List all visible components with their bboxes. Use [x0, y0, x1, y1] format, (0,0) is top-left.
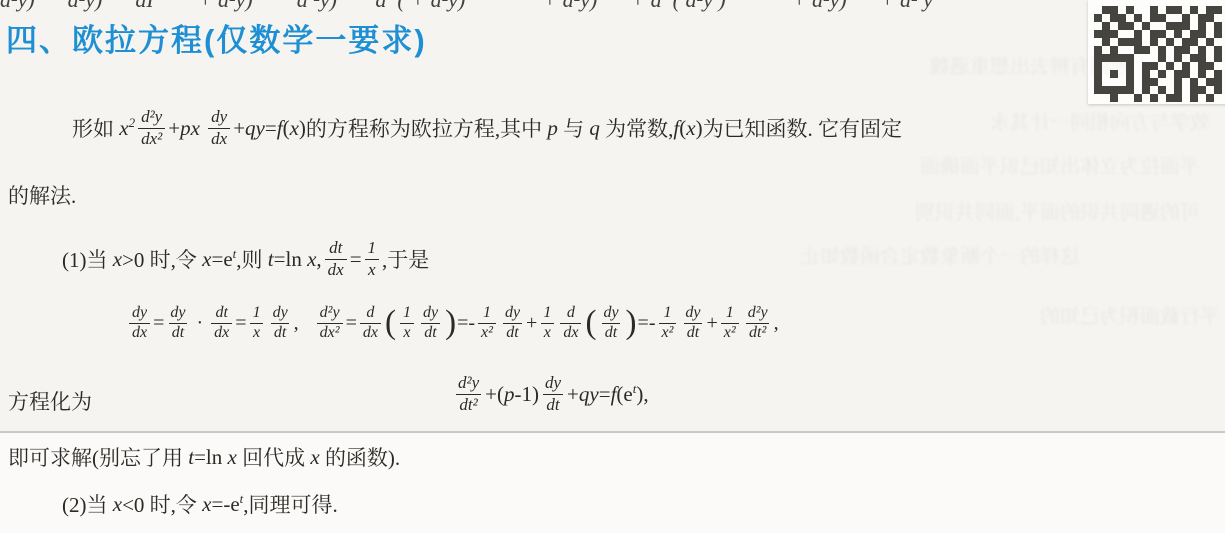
qr-module [1182, 30, 1190, 38]
fraction: dydt [542, 373, 564, 414]
fraction: d²ydx² [138, 107, 165, 148]
math-text: >0 时,令 [122, 244, 202, 274]
fraction: d²ydt² [745, 304, 771, 343]
qr-module [1166, 6, 1174, 14]
qr-module [1206, 14, 1214, 22]
qr-module [1142, 46, 1150, 54]
math-text: = [599, 382, 611, 407]
reduce-label: 方程化为 [8, 386, 92, 416]
math-text: = [153, 312, 164, 335]
qr-module [1118, 70, 1126, 78]
qr-module [1150, 6, 1158, 14]
qr-module [1142, 54, 1150, 62]
qr-module [1110, 54, 1118, 62]
qr-module [1142, 14, 1150, 22]
qr-module [1110, 14, 1118, 22]
qr-module [1206, 46, 1214, 54]
fraction: dydx [129, 304, 150, 343]
denominator: dt² [746, 323, 769, 343]
fraction: dydx [208, 107, 230, 148]
qr-module [1214, 22, 1222, 30]
qr-module [1206, 78, 1214, 86]
numerator: 1 [480, 304, 494, 323]
denominator: dx [325, 259, 347, 280]
qr-module [1190, 54, 1198, 62]
qr-module [1214, 30, 1222, 38]
numerator: 1 [365, 238, 380, 258]
qr-module [1118, 62, 1126, 70]
solve-note-line: 即可求解(别忘了用 t=ln x 回代成 x 的函数). [8, 438, 400, 476]
math-text: x [202, 492, 211, 517]
bleed-through-text: 效学与方向相同一计其永 [930, 106, 1210, 135]
reduced-equation: d²ydt²+(p-1)dydt+qy=f(et), [452, 362, 649, 426]
math-text: px [180, 116, 205, 141]
qr-module [1182, 46, 1190, 54]
denominator: x² [659, 323, 677, 343]
qr-module [1142, 62, 1150, 70]
math-text: = [265, 116, 277, 141]
math-text: =ln [274, 247, 307, 272]
qr-module [1118, 78, 1126, 86]
qr-module [1110, 22, 1118, 30]
qr-module [1174, 38, 1182, 46]
qr-code [1088, 0, 1225, 104]
qr-module [1102, 62, 1110, 70]
qr-module [1150, 86, 1158, 94]
denominator: dt [503, 323, 521, 343]
qr-module [1126, 94, 1134, 102]
math-text: 为常数, [600, 113, 674, 143]
qr-row [1094, 78, 1225, 86]
numerator: dy [600, 304, 621, 323]
math-text: ) [696, 116, 703, 141]
qr-module [1190, 38, 1198, 46]
qr-row [1094, 62, 1225, 70]
math-text: + [526, 312, 537, 335]
math-text: x [307, 247, 316, 272]
qr-module [1110, 78, 1118, 86]
numerator: dy [129, 304, 150, 323]
qr-row [1094, 70, 1225, 78]
qr-module [1190, 86, 1198, 94]
denominator: dx [560, 323, 581, 343]
qr-module [1110, 6, 1118, 14]
denominator: dx² [138, 128, 165, 149]
qr-module [1126, 30, 1134, 38]
numerator: 1 [660, 304, 674, 323]
qr-module [1174, 94, 1182, 102]
math-text: (1)当 [62, 244, 113, 274]
step2-line: (2)当 x<0 时,令 x=-et,同理可得. [62, 484, 338, 524]
numerator: dy [682, 304, 703, 323]
big-parenthesis: ) [445, 304, 456, 342]
fraction: ddx [360, 304, 381, 343]
qr-module [1198, 6, 1206, 14]
qr-module [1094, 6, 1102, 14]
qr-module [1190, 94, 1198, 102]
qr-module [1182, 94, 1190, 102]
denominator: dt [169, 323, 187, 343]
qr-module [1174, 22, 1182, 30]
math-text: ) [299, 116, 306, 141]
qr-module [1134, 22, 1142, 30]
math-text: + [168, 116, 180, 141]
qr-module [1110, 70, 1118, 78]
qr-module [1166, 22, 1174, 30]
numerator: dy [270, 304, 291, 323]
power-term: et [623, 382, 636, 407]
qr-module [1134, 46, 1142, 54]
math-text: =- [212, 492, 231, 517]
fraction: dydt [270, 304, 291, 343]
math-text: + [707, 312, 718, 335]
qr-module [1198, 54, 1206, 62]
exponent: 2 [129, 115, 136, 130]
numerator: d²y [138, 107, 165, 127]
qr-module [1102, 86, 1110, 94]
math-text: 与 [558, 113, 590, 143]
qr-module [1214, 62, 1222, 70]
qr-module [1118, 14, 1126, 22]
qr-row [1094, 54, 1225, 62]
qr-module [1094, 38, 1102, 46]
math-text: 回代成 [237, 442, 311, 472]
qr-module [1190, 30, 1198, 38]
qr-module [1134, 30, 1142, 38]
qr-row [1094, 86, 1225, 94]
bleed-through-text: 可的遇同共识的面平,面同共识别 [690, 196, 1200, 225]
qr-module [1158, 30, 1166, 38]
qr-module [1182, 78, 1190, 86]
denominator: dt [421, 323, 439, 343]
math-text: (2)当 [62, 489, 113, 519]
fraction: 1x² [721, 304, 739, 343]
qr-module [1214, 54, 1222, 62]
step1-line: (1)当 x>0 时,令 x=et,则 t=ln x,dtdx=1x,于是 [62, 228, 429, 290]
math-text: -1) [515, 382, 540, 407]
qr-module [1118, 86, 1126, 94]
qr-module [1174, 14, 1182, 22]
qr-module [1166, 78, 1174, 86]
qr-module [1126, 70, 1134, 78]
math-text: , [774, 312, 779, 335]
qr-module [1166, 38, 1174, 46]
qr-module [1134, 70, 1142, 78]
math-text: ( [616, 382, 623, 407]
denominator: dt [543, 394, 562, 415]
denominator: x [365, 259, 379, 280]
numerator: d²y [455, 373, 482, 393]
math-text: <0 时,令 [122, 489, 202, 519]
qr-module [1134, 62, 1142, 70]
qr-module [1102, 30, 1110, 38]
qr-module [1214, 14, 1222, 22]
qr-module [1142, 86, 1150, 94]
qr-module [1158, 14, 1166, 22]
qr-module [1102, 70, 1110, 78]
qr-module [1158, 46, 1166, 54]
qr-module [1094, 22, 1102, 30]
math-text: +( [485, 382, 504, 407]
denominator: dt [271, 323, 289, 343]
qr-module [1166, 46, 1174, 54]
qr-module [1126, 86, 1134, 94]
qr-module [1206, 22, 1214, 30]
qr-module [1142, 94, 1150, 102]
qr-module [1102, 6, 1110, 14]
denominator: dx [129, 323, 150, 343]
numerator: d [363, 304, 377, 323]
math-text: =ln [194, 445, 227, 470]
math-text: = [350, 247, 362, 272]
qr-module [1134, 14, 1142, 22]
qr-module [1190, 62, 1198, 70]
qr-module [1094, 62, 1102, 70]
qr-module [1206, 6, 1214, 14]
math-text: 形如 [72, 113, 119, 143]
qr-module [1110, 46, 1118, 54]
denominator: x [541, 323, 554, 343]
numerator: dt [326, 238, 345, 258]
qr-module [1150, 30, 1158, 38]
math-text: x [113, 247, 122, 272]
qr-module [1126, 62, 1134, 70]
section-title: 四、欧拉方程(仅数学一要求) [6, 15, 427, 60]
qr-module [1190, 70, 1198, 78]
fraction: dydt [167, 304, 188, 343]
qr-module [1206, 70, 1214, 78]
math-text: x [686, 116, 695, 141]
qr-module [1182, 22, 1190, 30]
qr-module [1094, 86, 1102, 94]
derivation-formula: dydx=dydt · dtdx=1xdydt, d²ydx²=ddx(1xdy… [126, 290, 779, 356]
numerator: dy [502, 304, 523, 323]
math-text: x [228, 445, 237, 470]
qr-module [1206, 54, 1214, 62]
math-text: = [212, 247, 224, 272]
cropped-formula-text: d²y) d²y) dI + d²y) d ²y) d ( + d²y) + d… [0, 0, 1090, 13]
qr-module [1174, 30, 1182, 38]
math-text: ,于是 [382, 244, 429, 274]
numerator: d [564, 304, 578, 323]
qr-module [1182, 54, 1190, 62]
qr-module [1126, 46, 1134, 54]
math-text: p [547, 116, 558, 141]
fraction: d²ydt² [455, 373, 482, 414]
qr-module [1190, 6, 1198, 14]
qr-row [1094, 46, 1225, 54]
qr-module [1110, 86, 1118, 94]
qr-module [1134, 6, 1142, 14]
qr-module [1118, 94, 1126, 102]
qr-module [1158, 78, 1166, 86]
qr-module [1190, 78, 1198, 86]
qr-row [1094, 94, 1225, 102]
qr-row [1094, 22, 1225, 30]
qr-module [1214, 6, 1222, 14]
bleed-through-text: 平行截面积为已知的 [960, 300, 1220, 329]
qr-module [1158, 86, 1166, 94]
qr-module [1158, 54, 1166, 62]
qr-module [1214, 38, 1222, 46]
qr-module [1206, 30, 1214, 38]
qr-module [1102, 54, 1110, 62]
qr-module [1198, 62, 1206, 70]
math-text: x [202, 247, 211, 272]
math-text: + [233, 116, 245, 141]
qr-module [1182, 70, 1190, 78]
numerator: 1 [723, 304, 737, 323]
qr-module [1190, 14, 1198, 22]
qr-module [1118, 54, 1126, 62]
qr-module [1142, 22, 1150, 30]
qr-module [1150, 38, 1158, 46]
qr-module [1166, 86, 1174, 94]
qr-module [1094, 78, 1102, 86]
qr-row [1094, 38, 1225, 46]
qr-module [1166, 94, 1174, 102]
numerator: 1 [400, 304, 414, 323]
qr-module [1150, 22, 1158, 30]
cropped-formula-strip: d²y) d²y) dI + d²y) d ²y) d ( + d²y) + d… [0, 0, 1090, 13]
fraction: 1x [250, 304, 264, 343]
qr-module [1126, 14, 1134, 22]
math-text: ,同理可得. [243, 489, 338, 519]
qr-module [1198, 38, 1206, 46]
qr-module [1158, 94, 1166, 102]
qr-module [1142, 38, 1150, 46]
fraction: dtdx [325, 238, 347, 279]
math-text: + [567, 382, 579, 407]
math-text: x [113, 492, 122, 517]
qr-module [1102, 78, 1110, 86]
qr-module [1182, 6, 1190, 14]
qr-module [1206, 86, 1214, 94]
qr-module [1198, 46, 1206, 54]
power-term: x2 [119, 116, 135, 141]
math-text: ,则 [236, 244, 268, 274]
qr-module [1174, 86, 1182, 94]
numerator: dy [542, 373, 564, 393]
qr-code-modules [1094, 6, 1225, 102]
qr-module [1094, 46, 1102, 54]
qr-module [1118, 46, 1126, 54]
bleed-through-text: 理固有辨去出想重遇魏 [770, 50, 1130, 79]
denominator: dx [211, 323, 232, 343]
math-text: qy [245, 116, 265, 141]
fraction: dydt [420, 304, 441, 343]
qr-module [1126, 54, 1134, 62]
qr-module [1126, 38, 1134, 46]
denominator: dt [602, 323, 620, 343]
math-text: ), [636, 382, 648, 407]
qr-module [1214, 86, 1222, 94]
qr-module [1094, 70, 1102, 78]
qr-module [1166, 54, 1174, 62]
qr-module [1174, 54, 1182, 62]
qr-module [1110, 30, 1118, 38]
qr-module [1126, 6, 1134, 14]
denominator: dx² [317, 323, 343, 343]
qr-module [1182, 86, 1190, 94]
qr-module [1102, 22, 1110, 30]
qr-module [1094, 54, 1102, 62]
big-parenthesis: ) [626, 304, 637, 342]
math-text: q [589, 116, 600, 141]
qr-row [1094, 30, 1225, 38]
qr-row [1094, 6, 1225, 14]
big-parenthesis: ( [385, 304, 396, 342]
qr-module [1206, 62, 1214, 70]
qr-module [1198, 70, 1206, 78]
qr-module [1182, 38, 1190, 46]
bleed-through-text: 这样的一个断象数定合函数如止 [660, 240, 1080, 269]
qr-module [1206, 38, 1214, 46]
qr-module [1198, 78, 1206, 86]
fraction: 1x² [659, 304, 677, 343]
qr-module [1174, 62, 1182, 70]
math-text: ( [283, 116, 290, 141]
math-text: 即可求解(别忘了用 [8, 442, 188, 472]
denominator: x [250, 323, 263, 343]
qr-module [1134, 54, 1142, 62]
qr-module [1134, 94, 1142, 102]
qr-module [1214, 70, 1222, 78]
qr-module [1150, 70, 1158, 78]
fraction: 1x [540, 304, 554, 343]
qr-module [1158, 62, 1166, 70]
qr-module [1174, 6, 1182, 14]
qr-module [1166, 70, 1174, 78]
qr-module [1118, 6, 1126, 14]
denominator: x² [478, 323, 496, 343]
big-parenthesis: ( [585, 304, 596, 342]
math-text: x [290, 116, 299, 141]
denominator: x² [721, 323, 739, 343]
qr-module [1118, 22, 1126, 30]
math-text: =- [638, 312, 656, 335]
qr-module [1118, 30, 1126, 38]
qr-module [1110, 94, 1118, 102]
math-text: = [346, 312, 357, 335]
math-text: p [504, 382, 515, 407]
qr-module [1150, 78, 1158, 86]
denominator: dt [684, 323, 702, 343]
qr-module [1094, 94, 1102, 102]
qr-module [1158, 70, 1166, 78]
denominator: x [400, 323, 413, 343]
paragraph-definition-line1: 形如 x2d²ydx²+px dydx+qy=f(x)的方程称为欧拉方程,其中 … [72, 96, 902, 160]
math-text: x [310, 445, 319, 470]
qr-module [1214, 46, 1222, 54]
qr-module [1182, 14, 1190, 22]
fraction: dydt [600, 304, 621, 343]
qr-module [1150, 62, 1158, 70]
math-text: 的函数). [320, 442, 401, 472]
qr-module [1110, 62, 1118, 70]
qr-module [1150, 46, 1158, 54]
qr-module [1166, 14, 1174, 22]
math-text: , [316, 247, 321, 272]
fraction: 1x [400, 304, 414, 343]
denominator: dt² [456, 394, 480, 415]
numerator: dy [420, 304, 441, 323]
denominator: dx [360, 323, 381, 343]
qr-module [1142, 70, 1150, 78]
qr-module [1134, 86, 1142, 94]
qr-module [1166, 30, 1174, 38]
qr-module [1102, 94, 1110, 102]
